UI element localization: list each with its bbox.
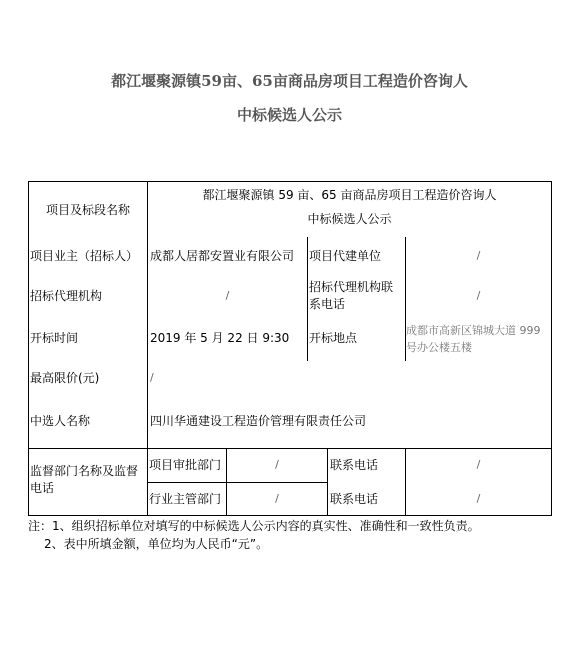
winner-label: 中选人名称 (30, 411, 147, 431)
max-price-label: 最高限价(元) (30, 368, 147, 388)
max-price-value: / (150, 368, 250, 388)
approval-dept-label: 项目审批部门 (149, 455, 226, 475)
industry-dept-label: 行业主管部门 (149, 489, 226, 509)
note-2: 2、表中所填金额，单位均为人民币“元”。 (44, 535, 268, 552)
opening-place-label: 开标地点 (309, 328, 405, 348)
title-line-1: 都江堰聚源镇59亩、65亩商品房项目工程造价咨询人 (0, 70, 579, 91)
industry-phone-value: / (406, 489, 551, 509)
tender-agency-label: 招标代理机构 (30, 286, 147, 306)
industry-dept-value: / (227, 489, 327, 509)
supervision-top-border (28, 448, 552, 449)
supervision-col-3 (327, 448, 328, 516)
agency-phone-label: 招标代理机构联系电话 (309, 278, 403, 314)
supervision-label: 监督部门名称及监督电话 (30, 462, 145, 498)
agent-builder-label: 项目代建单位 (309, 246, 405, 266)
col-divider-1 (147, 181, 148, 516)
table-border-bottom (28, 515, 552, 516)
project-name-label: 项目及标段名称 (29, 182, 147, 237)
opening-place-value: 成都市高新区锦城大道 999 号办公楼五楼 (406, 321, 551, 357)
supervision-mid-border (147, 482, 327, 483)
tender-agency-value: / (148, 286, 307, 306)
title-line-2: 中标候选人公示 (0, 104, 579, 125)
approval-dept-value: / (227, 455, 327, 475)
owner-label: 项目业主（招标人） (30, 246, 147, 266)
agent-builder-value: / (406, 246, 551, 266)
project-name-value-line2: 中标候选人公示 (148, 210, 551, 228)
note-1: 注：1、组织招标单位对填写的中标候选人公示内容的真实性、准确性和一致性负责。 (28, 517, 480, 534)
project-name-value-line1: 都江堰聚源镇 59 亩、65 亩商品房项目工程造价咨询人 (148, 186, 551, 204)
approval-phone-label: 联系电话 (330, 455, 405, 475)
agency-phone-value: / (406, 286, 551, 306)
col-divider-2 (307, 237, 308, 361)
opening-time-value: 2019 年 5 月 22 日 9:30 (150, 328, 307, 348)
winner-value: 四川华通建设工程造价管理有限责任公司 (150, 411, 550, 431)
table-border-right (551, 181, 552, 516)
industry-phone-label: 联系电话 (330, 489, 405, 509)
approval-phone-value: / (406, 455, 551, 475)
opening-time-label: 开标时间 (30, 328, 147, 348)
owner-value: 成都人居都安置业有限公司 (150, 246, 307, 266)
